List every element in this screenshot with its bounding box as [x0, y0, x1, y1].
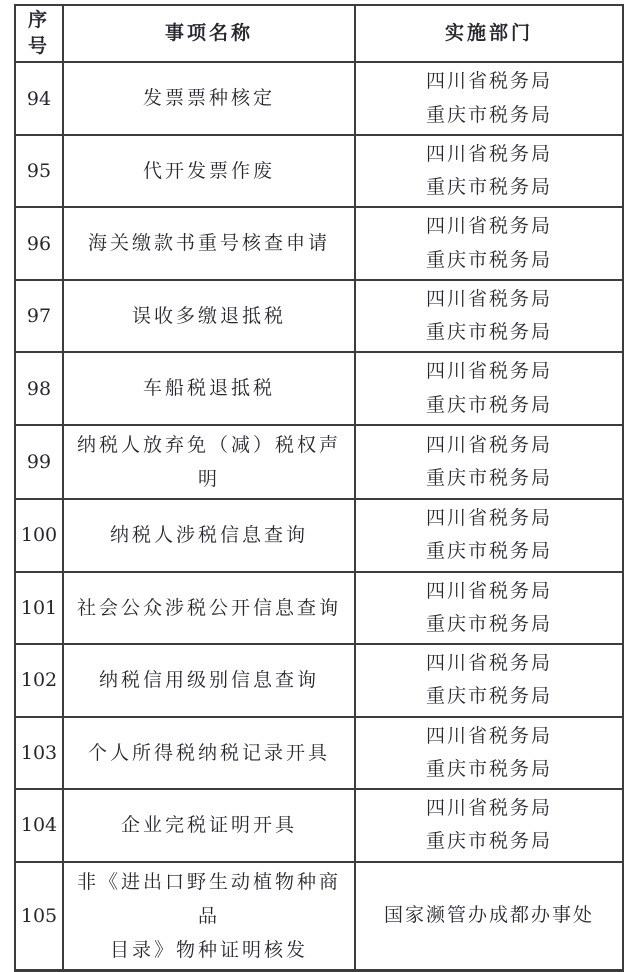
dept-cell: 四川省税务局 重庆市税务局 — [355, 280, 623, 353]
item-name-cell: 发票票种核定 — [63, 62, 355, 135]
dept-line-2: 重庆市税务局 — [360, 171, 618, 204]
dept-line-2: 重庆市税务局 — [360, 462, 618, 495]
table-row: 96 海关缴款书重号核查申请 四川省税务局 重庆市税务局 — [15, 207, 623, 280]
item-name-cell: 车船税退抵税 — [63, 352, 355, 425]
dept-line-2: 重庆市税务局 — [360, 608, 618, 641]
seq-cell: 98 — [15, 352, 63, 425]
table-row: 103 个人所得税纳税记录开具 四川省税务局 重庆市税务局 — [15, 717, 623, 790]
dept-line-1: 四川省税务局 — [360, 283, 618, 316]
seq-cell: 102 — [15, 644, 63, 717]
dept-line-2: 重庆市税务局 — [360, 244, 618, 277]
seq-cell: 97 — [15, 280, 63, 353]
item-name-cell: 企业完税证明开具 — [63, 789, 355, 862]
header-name: 事项名称 — [63, 5, 355, 62]
table-row: 99 纳税人放弃免（减）税权声明 四川省税务局 重庆市税务局 — [15, 425, 623, 499]
dept-line-1: 四川省税务局 — [360, 138, 618, 171]
dept-line-1: 四川省税务局 — [360, 502, 618, 535]
table-row: 104 企业完税证明开具 四川省税务局 重庆市税务局 — [15, 789, 623, 862]
table-row: 102 纳税信用级别信息查询 四川省税务局 重庆市税务局 — [15, 644, 623, 717]
dept-cell: 四川省税务局 重庆市税务局 — [355, 62, 623, 135]
table-row: 98 车船税退抵税 四川省税务局 重庆市税务局 — [15, 352, 623, 425]
header-dept: 实施部门 — [355, 5, 623, 62]
dept-line-1: 四川省税务局 — [360, 792, 618, 825]
dept-line-2: 重庆市税务局 — [360, 753, 618, 786]
dept-cell: 四川省税务局 重庆市税务局 — [355, 135, 623, 208]
dept-line-2: 重庆市税务局 — [360, 389, 618, 422]
table-row: 95 代开发票作废 四川省税务局 重庆市税务局 — [15, 135, 623, 208]
table-header-row: 序 号 事项名称 实施部门 — [15, 5, 623, 62]
dept-cell: 国家濒管办成都办事处 — [355, 862, 623, 870]
seq-cell: 100 — [15, 499, 63, 572]
dept-cell: 四川省税务局 重庆市税务局 — [355, 207, 623, 280]
item-name-cell: 纳税人放弃免（减）税权声明 — [63, 425, 355, 499]
table-row: 105 非《进出口野生动植物种商品 目录》物种证明核发 国家濒管办成都办事处 — [15, 862, 623, 870]
seq-cell: 101 — [15, 572, 63, 645]
dept-line-2: 重庆市税务局 — [360, 680, 618, 713]
items-departments-table: 序 号 事项名称 实施部门 94 发票票种核定 四川省税务局 重庆市税务局 95… — [14, 4, 624, 870]
seq-cell: 94 — [15, 62, 63, 135]
dept-line-2: 重庆市税务局 — [360, 316, 618, 349]
seq-cell: 103 — [15, 717, 63, 790]
dept-line-1: 四川省税务局 — [360, 575, 618, 608]
dept-cell: 四川省税务局 重庆市税务局 — [355, 572, 623, 645]
item-name-cell: 个人所得税纳税记录开具 — [63, 717, 355, 790]
dept-cell: 四川省税务局 重庆市税务局 — [355, 644, 623, 717]
header-seq: 序 号 — [15, 5, 63, 62]
dept-line-2: 重庆市税务局 — [360, 99, 618, 132]
dept-cell: 四川省税务局 重庆市税务局 — [355, 499, 623, 572]
table-row: 94 发票票种核定 四川省税务局 重庆市税务局 — [15, 62, 623, 135]
dept-cell: 四川省税务局 重庆市税务局 — [355, 425, 623, 499]
item-name-cell: 非《进出口野生动植物种商品 目录》物种证明核发 — [63, 862, 355, 870]
item-name-cell: 纳税信用级别信息查询 — [63, 644, 355, 717]
dept-line-1: 四川省税务局 — [360, 647, 618, 680]
dept-cell: 四川省税务局 重庆市税务局 — [355, 352, 623, 425]
dept-line-1: 四川省税务局 — [360, 355, 618, 388]
seq-cell: 96 — [15, 207, 63, 280]
dept-line-2: 重庆市税务局 — [360, 825, 618, 858]
dept-line-1: 四川省税务局 — [360, 65, 618, 98]
table-row: 101 社会公众涉税公开信息查询 四川省税务局 重庆市税务局 — [15, 572, 623, 645]
seq-cell: 105 — [15, 862, 63, 870]
item-name-cell: 纳税人涉税信息查询 — [63, 499, 355, 572]
item-name-cell: 社会公众涉税公开信息查询 — [63, 572, 355, 645]
dept-line-2: 重庆市税务局 — [360, 535, 618, 568]
dept-line-1: 四川省税务局 — [360, 720, 618, 753]
dept-line-1: 四川省税务局 — [360, 429, 618, 462]
table-row: 100 纳税人涉税信息查询 四川省税务局 重庆市税务局 — [15, 499, 623, 572]
seq-cell: 99 — [15, 425, 63, 499]
dept-cell: 四川省税务局 重庆市税务局 — [355, 717, 623, 790]
item-name-cell: 误收多缴退抵税 — [63, 280, 355, 353]
seq-cell: 104 — [15, 789, 63, 862]
item-name-cell: 代开发票作废 — [63, 135, 355, 208]
table-row: 97 误收多缴退抵税 四川省税务局 重庆市税务局 — [15, 280, 623, 353]
dept-line-1: 四川省税务局 — [360, 210, 618, 243]
seq-cell: 95 — [15, 135, 63, 208]
dept-cell: 四川省税务局 重庆市税务局 — [355, 789, 623, 862]
item-name-cell: 海关缴款书重号核查申请 — [63, 207, 355, 280]
